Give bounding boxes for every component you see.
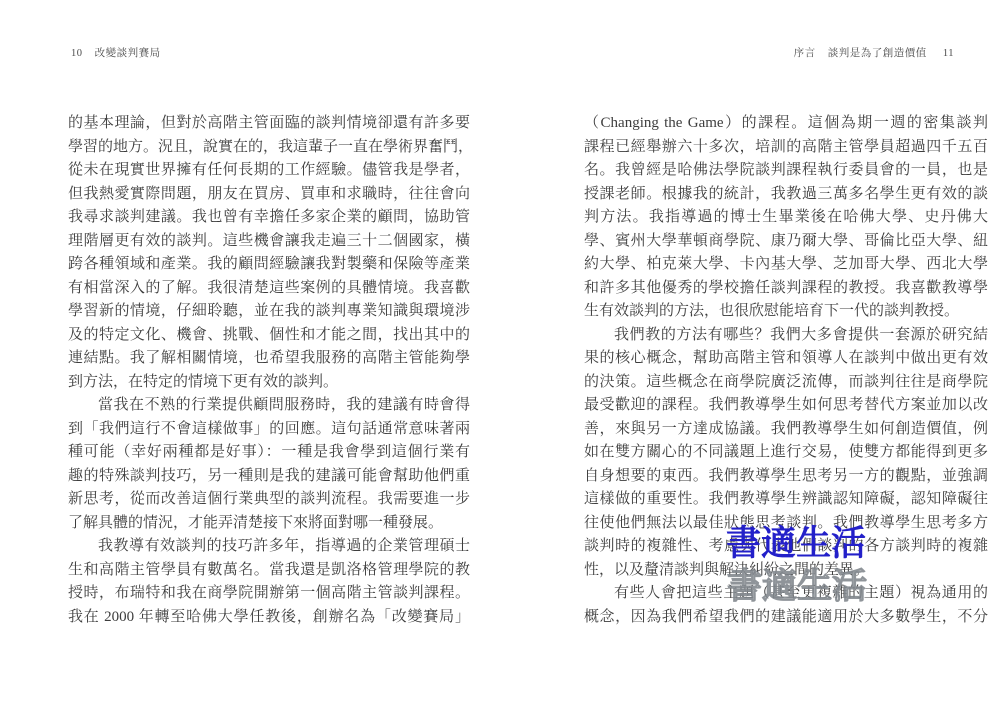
text-line: 了解具體的情況，才能弄清楚接下來將面對哪一種發展。 [68, 512, 470, 536]
text-line: 判方法。我指導過的博士生畢業後在哈佛大學、史丹佛大 [584, 206, 988, 230]
text-line: 跨各種領域和產業。我的顧問經驗讓我對製藥和保險等產業 [68, 253, 470, 277]
text-line: 學習新的情境，仔細聆聽，並在我的談判專業知識與環境涉 [68, 300, 470, 324]
text-line: 種可能（幸好兩種都是好事）：一種是我會學到這個行業有 [68, 441, 470, 465]
text-line: 名。我曾經是哈佛法學院談判課程執行委員會的一員，也是 [584, 159, 988, 183]
text-line: 如在雙方關心的不同議題上進行交易，使雙方都能得到更多 [584, 441, 988, 465]
chapter-title: 談判是為了創造價值 [828, 48, 927, 59]
right-page-text: （Changing the Game）的課程。這個為期一週的密集談判課程已經舉辦… [584, 112, 988, 629]
text-line: 生和高階主管學員有數萬名。當我還是凱洛格管理學院的教 [68, 559, 470, 583]
running-header-left: 10 改變談判賽局 [71, 45, 161, 60]
text-line: 果的核心概念，幫助高階主管和領導人在談判中做出更有效 [584, 347, 988, 371]
left-page-text: 的基本理論，但對於高階主管面臨的談判情境卻還有許多要學習的地方。況且，說實在的，… [68, 112, 470, 629]
text-line: 談判時的複雜性、考慮與代表他們談判的各方談判時的複雜 [584, 535, 988, 559]
text-line: 的決策。這些概念在商學院廣泛流傳，而談判往往是商學院 [584, 371, 988, 395]
text-line: 學、賓州大學華頓商學院、康乃爾大學、哥倫比亞大學、紐 [584, 230, 988, 254]
text-line: 有些人會把這些主題（甚至更複雜的主題）視為通用的 [584, 582, 988, 606]
text-line: 及的特定文化、機會、挑戰、個性和才能之間，找出其中的 [68, 324, 470, 348]
text-line: 學習的地方。況且，說實在的，我這輩子一直在學術界奮鬥， [68, 136, 470, 160]
text-line: 我在 2000 年轉至哈佛大學任教後，創辦名為「改變賽局」 [68, 606, 470, 630]
page-number-right: 11 [943, 48, 954, 59]
text-line: 生有效談判的方法，也很欣慰能培育下一代的談判教授。 [584, 300, 988, 324]
text-line: 課程已經舉辦六十多次，培訓的高階主管學員超過四千五百 [584, 136, 988, 160]
page-number-left: 10 [71, 48, 83, 59]
text-line: 連結點。我了解相關情境，也希望我服務的高階主管能夠學 [68, 347, 470, 371]
text-line: 我尋求談判建議。我也曾有幸擔任多家企業的顧問，協助管 [68, 206, 470, 230]
text-line: 到「我們這行不會這樣做事」的回應。這句話通常意味著兩 [68, 418, 470, 442]
text-line: 概念，因為我們希望我們的建議能適用於大多數學生，不分 [584, 606, 988, 630]
book-title: 改變談判賽局 [95, 48, 161, 59]
running-header-right: 序言 談判是為了創造價值 11 [794, 45, 954, 60]
book-spread: 10 改變談判賽局 序言 談判是為了創造價值 11 的基本理論，但對於高階主管面… [0, 0, 1000, 703]
text-line: 的基本理論，但對於高階主管面臨的談判情境卻還有許多要 [68, 112, 470, 136]
text-line: 我教導有效談判的技巧許多年，指導過的企業管理碩士 [68, 535, 470, 559]
text-line: 當我在不熟的行業提供顧問服務時，我的建議有時會得 [68, 394, 470, 418]
text-line: 約大學、柏克萊大學、卡內基大學、芝加哥大學、西北大學 [584, 253, 988, 277]
text-line: 有相當深入的了解。我很清楚這些案例的具體情境。我喜歡 [68, 277, 470, 301]
text-line: 善，來與另一方達成協議。我們教導學生如何創造價值，例 [584, 418, 988, 442]
text-line: 從未在現實世界擁有任何長期的工作經驗。儘管我是學者， [68, 159, 470, 183]
text-line: 和許多其他優秀的學校擔任談判課程的教授。我喜歡教導學 [584, 277, 988, 301]
text-line: 理階層更有效的談判。這些機會讓我走遍三十二個國家，橫 [68, 230, 470, 254]
text-line: 最受歡迎的課程。我們教導學生如何思考替代方案並加以改 [584, 394, 988, 418]
text-line: 但我熱愛實際問題，朋友在買房、買車和求職時，往往會向 [68, 183, 470, 207]
text-line: 這樣做的重要性。我們教導學生辨識認知障礙，認知障礙往 [584, 488, 988, 512]
text-line: 性，以及釐清談判與解決糾紛之間的差異。 [584, 559, 988, 583]
text-line: 我們教的方法有哪些？我們大多會提供一套源於研究結 [584, 324, 988, 348]
text-line: 往使他們無法以最佳狀態思考談判。我們教導學生思考多方 [584, 512, 988, 536]
text-line: 趣的特殊談判技巧，另一種則是我的建議可能會幫助他們重 [68, 465, 470, 489]
section-label: 序言 [794, 48, 816, 59]
text-line: （Changing the Game）的課程。這個為期一週的密集談判 [584, 112, 988, 136]
text-line: 到方法，在特定的情境下更有效的談判。 [68, 371, 470, 395]
text-line: 新思考，從而改善這個行業典型的談判流程。我需要進一步 [68, 488, 470, 512]
text-line: 自身想要的東西。我們教導學生思考另一方的觀點，並強調 [584, 465, 988, 489]
text-line: 授時，布瑞特和我在商學院開辦第一個高階主管談判課程。 [68, 582, 470, 606]
text-line: 授課老師。根據我的統計，我教過三萬多名學生更有效的談 [584, 183, 988, 207]
